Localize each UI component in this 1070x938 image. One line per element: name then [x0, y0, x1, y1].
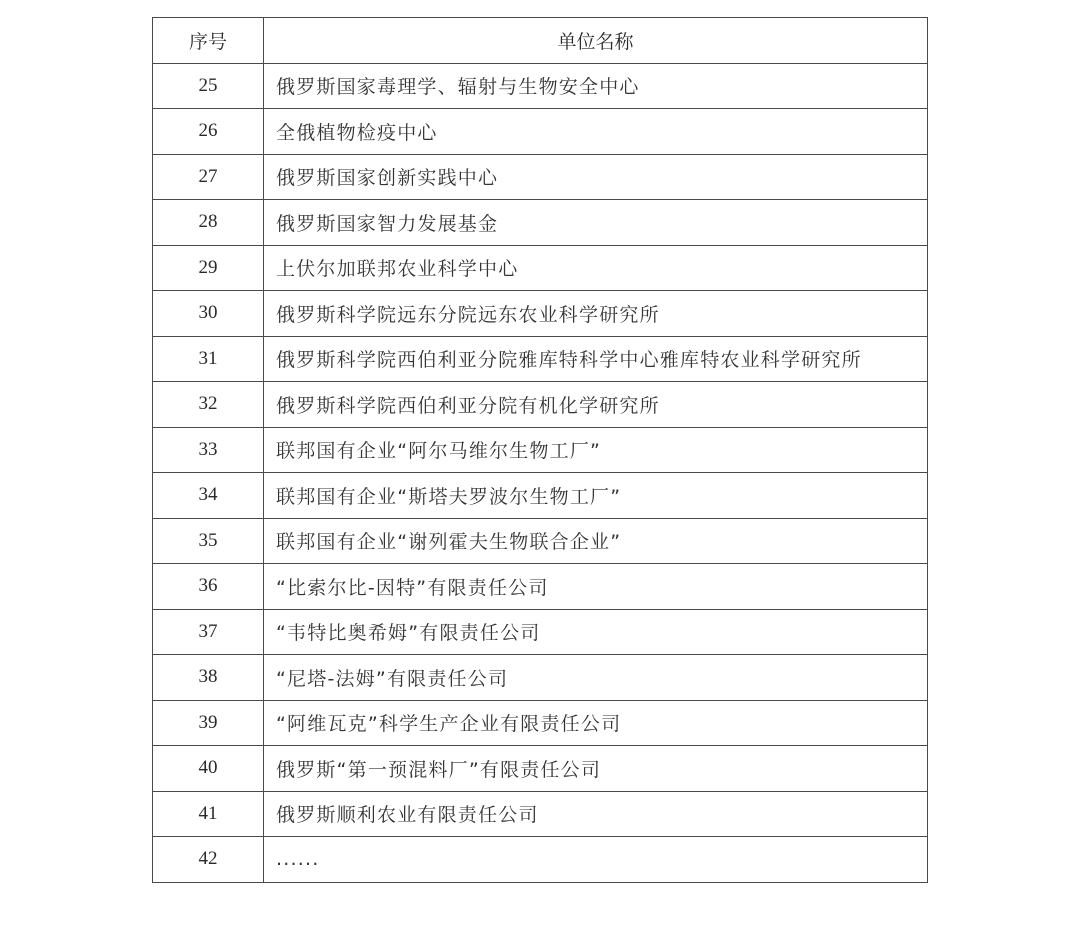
table-row: 32俄罗斯科学院西伯利亚分院有机化学研究所 — [153, 382, 928, 428]
header-name: 单位名称 — [264, 18, 928, 64]
row-number: 25 — [153, 63, 264, 109]
row-name: 俄罗斯国家智力发展基金 — [264, 200, 928, 246]
table-row: 38“尼塔-法姆”有限责任公司 — [153, 655, 928, 701]
table-row: 30俄罗斯科学院远东分院远东农业科学研究所 — [153, 291, 928, 337]
row-number: 39 — [153, 700, 264, 746]
table-row: 39“阿维瓦克”科学生产企业有限责任公司 — [153, 700, 928, 746]
table-body: 25俄罗斯国家毒理学、辐射与生物安全中心26全俄植物检疫中心27俄罗斯国家创新实… — [153, 63, 928, 882]
row-name: “韦特比奥希姆”有限责任公司 — [264, 609, 928, 655]
row-number: 28 — [153, 200, 264, 246]
table-row: 35联邦国有企业“谢列霍夫生物联合企业” — [153, 518, 928, 564]
row-number: 38 — [153, 655, 264, 701]
table-row: 42...... — [153, 837, 928, 883]
row-number: 34 — [153, 473, 264, 519]
table-row: 31俄罗斯科学院西伯利亚分院雅库特科学中心雅库特农业科学研究所 — [153, 336, 928, 382]
table-row: 40俄罗斯“第一预混料厂”有限责任公司 — [153, 746, 928, 792]
row-name: 俄罗斯国家毒理学、辐射与生物安全中心 — [264, 63, 928, 109]
table-row: 26全俄植物检疫中心 — [153, 109, 928, 155]
table-header-row: 序号 单位名称 — [153, 18, 928, 64]
row-name: 联邦国有企业“谢列霍夫生物联合企业” — [264, 518, 928, 564]
table-row: 34联邦国有企业“斯塔夫罗波尔生物工厂” — [153, 473, 928, 519]
row-number: 37 — [153, 609, 264, 655]
table-row: 41俄罗斯顺利农业有限责任公司 — [153, 791, 928, 837]
row-name: 俄罗斯科学院西伯利亚分院雅库特科学中心雅库特农业科学研究所 — [264, 336, 928, 382]
row-name: 联邦国有企业“斯塔夫罗波尔生物工厂” — [264, 473, 928, 519]
table-row: 36“比索尔比-因特”有限责任公司 — [153, 564, 928, 610]
row-number: 32 — [153, 382, 264, 428]
row-number: 33 — [153, 427, 264, 473]
row-name: 俄罗斯国家创新实践中心 — [264, 154, 928, 200]
row-number: 26 — [153, 109, 264, 155]
row-name: 联邦国有企业“阿尔马维尔生物工厂” — [264, 427, 928, 473]
row-name: 俄罗斯顺利农业有限责任公司 — [264, 791, 928, 837]
table-row: 33联邦国有企业“阿尔马维尔生物工厂” — [153, 427, 928, 473]
table-row: 27俄罗斯国家创新实践中心 — [153, 154, 928, 200]
row-name: “尼塔-法姆”有限责任公司 — [264, 655, 928, 701]
row-name: 全俄植物检疫中心 — [264, 109, 928, 155]
row-number: 29 — [153, 245, 264, 291]
row-name: 上伏尔加联邦农业科学中心 — [264, 245, 928, 291]
row-name: “比索尔比-因特”有限责任公司 — [264, 564, 928, 610]
row-name: 俄罗斯科学院西伯利亚分院有机化学研究所 — [264, 382, 928, 428]
row-name: 俄罗斯“第一预混料厂”有限责任公司 — [264, 746, 928, 792]
row-number: 27 — [153, 154, 264, 200]
row-number: 31 — [153, 336, 264, 382]
row-number: 41 — [153, 791, 264, 837]
organization-table: 序号 单位名称 25俄罗斯国家毒理学、辐射与生物安全中心26全俄植物检疫中心27… — [152, 17, 928, 883]
row-number: 40 — [153, 746, 264, 792]
row-name: 俄罗斯科学院远东分院远东农业科学研究所 — [264, 291, 928, 337]
row-number: 30 — [153, 291, 264, 337]
row-number: 42 — [153, 837, 264, 883]
table-row: 29上伏尔加联邦农业科学中心 — [153, 245, 928, 291]
table-row: 25俄罗斯国家毒理学、辐射与生物安全中心 — [153, 63, 928, 109]
row-name: “阿维瓦克”科学生产企业有限责任公司 — [264, 700, 928, 746]
header-number: 序号 — [153, 18, 264, 64]
row-number: 36 — [153, 564, 264, 610]
row-name: ...... — [264, 837, 928, 883]
table-row: 37“韦特比奥希姆”有限责任公司 — [153, 609, 928, 655]
row-number: 35 — [153, 518, 264, 564]
table-row: 28俄罗斯国家智力发展基金 — [153, 200, 928, 246]
